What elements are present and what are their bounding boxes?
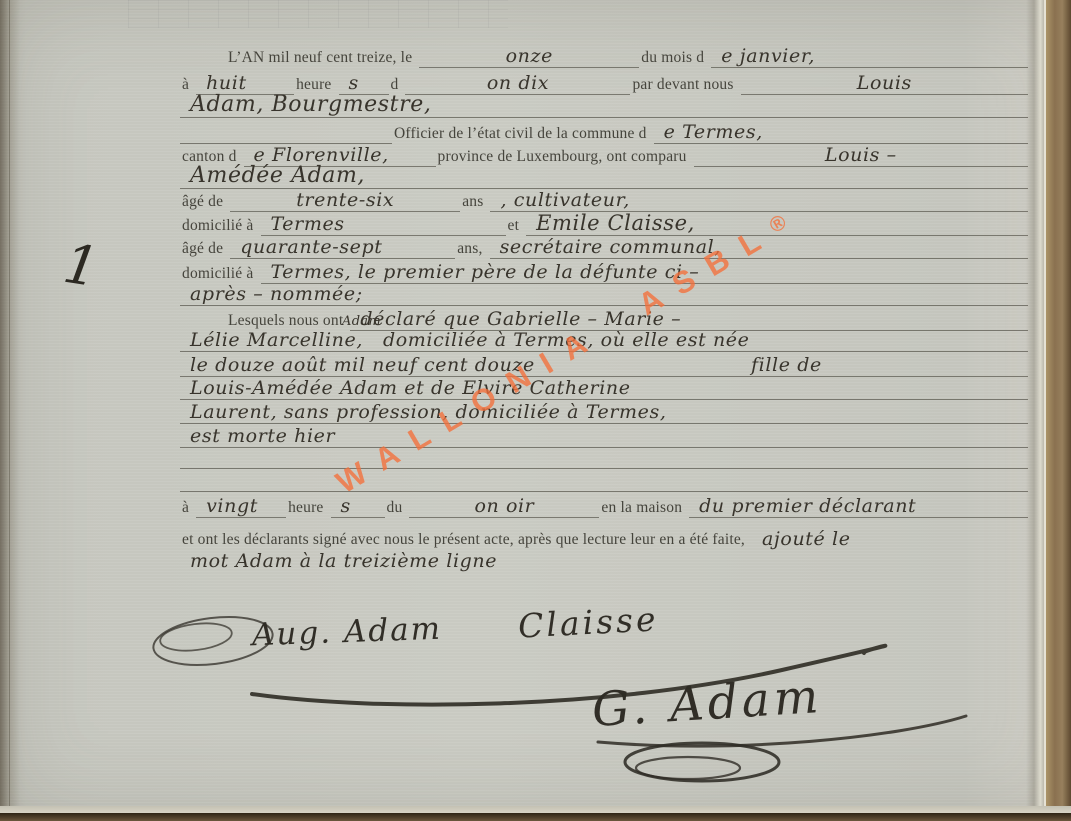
act-line: Laurent, sans profession, domiciliée à T… — [180, 398, 1028, 424]
bottom-page-edge — [0, 806, 1071, 813]
interlinear-insertion: Adam — [342, 314, 381, 329]
handwritten-text: on oir — [409, 495, 599, 518]
handwritten-text: Lélie Marcelline,Adam — [180, 329, 373, 352]
book-binding-right — [1046, 0, 1071, 821]
printed-text: ans, — [455, 240, 489, 259]
left-page-shadow — [0, 0, 20, 821]
handwritten-text: onze — [419, 45, 639, 68]
act-line: Adam, Bourgmestre, — [180, 92, 1028, 118]
handwritten-text: domiciliée à Termes, où elle est née — [373, 329, 1028, 352]
handwritten-text: Laurent, sans profession, domiciliée à T… — [180, 401, 1028, 424]
act-line: àvingtheuresduon oiren la maisondu premi… — [180, 492, 1028, 518]
handwritten-text: Louis-Amédée Adam et de Elvire Catherine — [180, 377, 1028, 400]
book-binding-bottom — [0, 813, 1071, 821]
handwritten-text: e janvier, — [711, 45, 1028, 68]
act-line: après – nommée; — [180, 280, 1028, 306]
printed-text: heure — [286, 499, 330, 518]
register-page: 1 L’AN mil neuf cent treize, leonzedu mo… — [0, 0, 1071, 821]
left-page-crease — [9, 0, 10, 821]
printed-text: L’AN mil neuf cent treize, le — [226, 49, 419, 68]
handwritten-text: du premier déclarant — [689, 495, 1028, 518]
act-line: L’AN mil neuf cent treize, leonzedu mois… — [180, 42, 1028, 68]
act-line: Louis-Amédée Adam et de Elvire Catherine — [180, 374, 1028, 400]
act-line: âgé dequarante-septans,secrétaire commun… — [180, 233, 1028, 259]
handwritten-text: quarante-sept — [230, 236, 455, 259]
right-page-edge — [1026, 0, 1046, 821]
printed-text: âgé de — [180, 240, 230, 259]
signature-declarant-2: Claisse — [517, 599, 659, 645]
handwritten-text: , cultivateur, — [490, 189, 1028, 212]
handwritten-text: s — [331, 495, 385, 518]
handwritten-text: trente-six — [230, 189, 460, 212]
handwritten-text: vingt — [196, 495, 286, 518]
printed-text: en la maison — [599, 499, 689, 518]
act-number: 1 — [59, 232, 103, 300]
signature-declarant-1: Aug. Adam — [251, 611, 442, 654]
printed-text: à — [180, 499, 196, 518]
act-line: mot Adam à la treizième ligne — [180, 546, 1028, 572]
printed-text: du mois d — [639, 49, 711, 68]
handwritten-text: mot Adam à la treizième ligne — [180, 550, 507, 572]
handwritten-text: après – nommée; — [180, 283, 1028, 306]
act-line: âgé detrente-sixans, cultivateur, — [180, 186, 1028, 212]
printed-text: du — [385, 499, 410, 518]
act-line — [180, 466, 1028, 492]
handwritten-text: Adam, Bourgmestre, — [180, 92, 1028, 118]
